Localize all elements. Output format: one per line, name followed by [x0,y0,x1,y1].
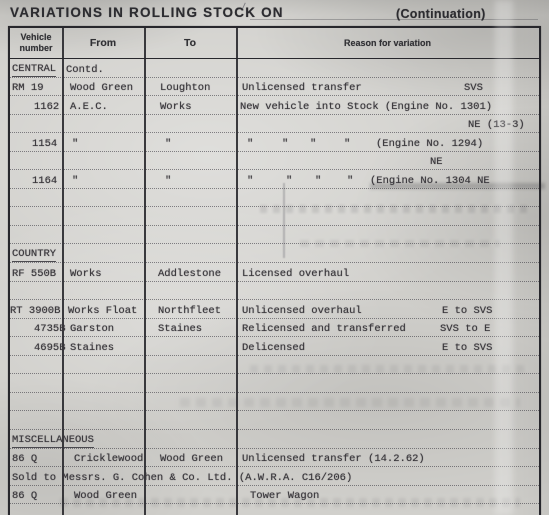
table-cell: Works [70,267,102,281]
table-cell: Loughton [160,81,210,95]
table-cell: Garston [70,322,114,336]
table-row: RM 19Wood GreenLoughtonUnlicensed transf… [10,77,539,97]
table-cell: Addlestone [158,267,221,281]
table-row [10,410,539,430]
section-label: COUNTRY [12,247,56,262]
table-cell: A.E.C. [70,100,108,114]
table-cell: Unlicensed transfer (14.2.62) [242,452,425,466]
section-label: CENTRAL [12,62,56,77]
table-row [10,392,539,412]
table-row [10,355,539,375]
table-cell: 1164 [32,174,57,188]
table-cell: " [282,137,288,151]
table-cell: E to SVS [442,304,492,318]
table-row: Sold to Messrs. G. Cohen & Co. Ltd. (A.W… [10,466,539,486]
table-cell: Licensed overhaul [242,267,349,281]
table-cell: 1154 [32,137,57,151]
table-cell: Unlicensed overhaul [242,304,362,318]
table-row [10,225,539,245]
table-cell: Wood Green [74,489,137,503]
table-cell: " [247,174,253,188]
table-cell: Delicensed [242,341,305,355]
table-cell: Works Float [68,304,137,318]
column-header-reason: Reason for variation [236,28,539,58]
variations-table: Vehicle number From To Reason for variat… [8,26,541,515]
table-cell: Wood Green [70,81,133,95]
table-row: COUNTRY [10,244,539,264]
table-cell: 4695B [34,341,66,355]
table-cell: Tower Wagon [250,489,319,503]
table-cell: NE (13-3) [468,118,525,132]
table-cell: " [72,174,78,188]
table-cell: Contd. [66,63,104,77]
table-row: 1162A.E.C.WorksNew vehicle into Stock (E… [10,95,539,115]
table-row: 1154""""""(Engine No. 1294) [10,132,539,152]
table-cell: Cricklewood [74,452,143,466]
table-row [10,281,539,301]
column-header-vehicle-number: Vehicle number [10,28,62,58]
table-cell: Works [160,100,192,114]
table-row: RF 550BWorksAddlestoneLicensed overhaul [10,262,539,282]
table-cell: " [165,174,171,188]
table-row: RT 3900BWorks FloatNorthfleetUnlicensed … [10,299,539,319]
table-cell: 86 Q [12,452,37,466]
table-cell: " [310,137,316,151]
section-label: MISCELLANEOUS [12,433,94,448]
table-cell: (Engine No. 1304 NE [370,174,490,188]
table-row [10,206,539,226]
table-body: CENTRALContd.RM 19Wood GreenLoughtonUnli… [10,58,539,515]
table-cell: Northfleet [158,304,221,318]
table-row [10,503,539,515]
table-row: 4735BGarstonStainesRelicensed and transf… [10,318,539,338]
table-cell: Wood Green [160,452,223,466]
table-cell: (Engine No. 1294) [376,137,483,151]
table-cell: Unlicensed transfer [242,81,362,95]
table-cell: 1162 [34,100,59,114]
scanned-document-page: VARIATIONS IN ROLLING STOCK ON (Continua… [0,0,549,515]
table-row [10,188,539,208]
table-cell: Sold to Messrs. G. Cohen & Co. Ltd. (A.W… [12,471,352,485]
title-fill-line [250,19,538,20]
table-cell: SVS to E [440,322,490,336]
column-header-from: From [62,28,144,58]
table-row: 86 QWood GreenTower Wagon [10,485,539,505]
column-header-to: To [144,28,236,58]
table-cell: " [72,137,78,151]
table-cell: 86 Q [12,489,37,503]
table-cell: RT 3900B [10,304,60,318]
table-cell: E to SVS [442,341,492,355]
table-row: 1164""""""(Engine No. 1304 NE [10,169,539,189]
table-cell: SVS [464,81,483,95]
table-cell: " [165,137,171,151]
table-cell: " [315,174,321,188]
continuation-label: (Continuation) [396,7,486,21]
table-cell: 4735B [34,322,66,336]
table-cell: Staines [70,341,114,355]
table-cell: " [347,174,353,188]
table-row: 86 QCricklewoodWood GreenUnlicensed tran… [10,448,539,468]
table-cell: " [247,137,253,151]
table-row: NE (13-3) [10,114,539,134]
table-cell: New vehicle into Stock (Engine No. 1301) [240,100,492,114]
table-cell: " [344,137,350,151]
table-cell: RF 550B [12,267,56,281]
table-row: NE [10,151,539,171]
table-cell: NE [430,155,443,169]
table-row: CENTRALContd. [10,58,539,78]
table-row [10,373,539,393]
table-header-row: Vehicle number From To Reason for variat… [10,28,539,59]
table-row: 4695BStainesDelicensedE to SVS [10,336,539,356]
table-row: MISCELLANEOUS [10,429,539,449]
table-cell: RM 19 [12,81,44,95]
table-cell: Relicensed and transferred [242,322,406,336]
table-cell: " [286,174,292,188]
table-cell: Staines [158,322,202,336]
